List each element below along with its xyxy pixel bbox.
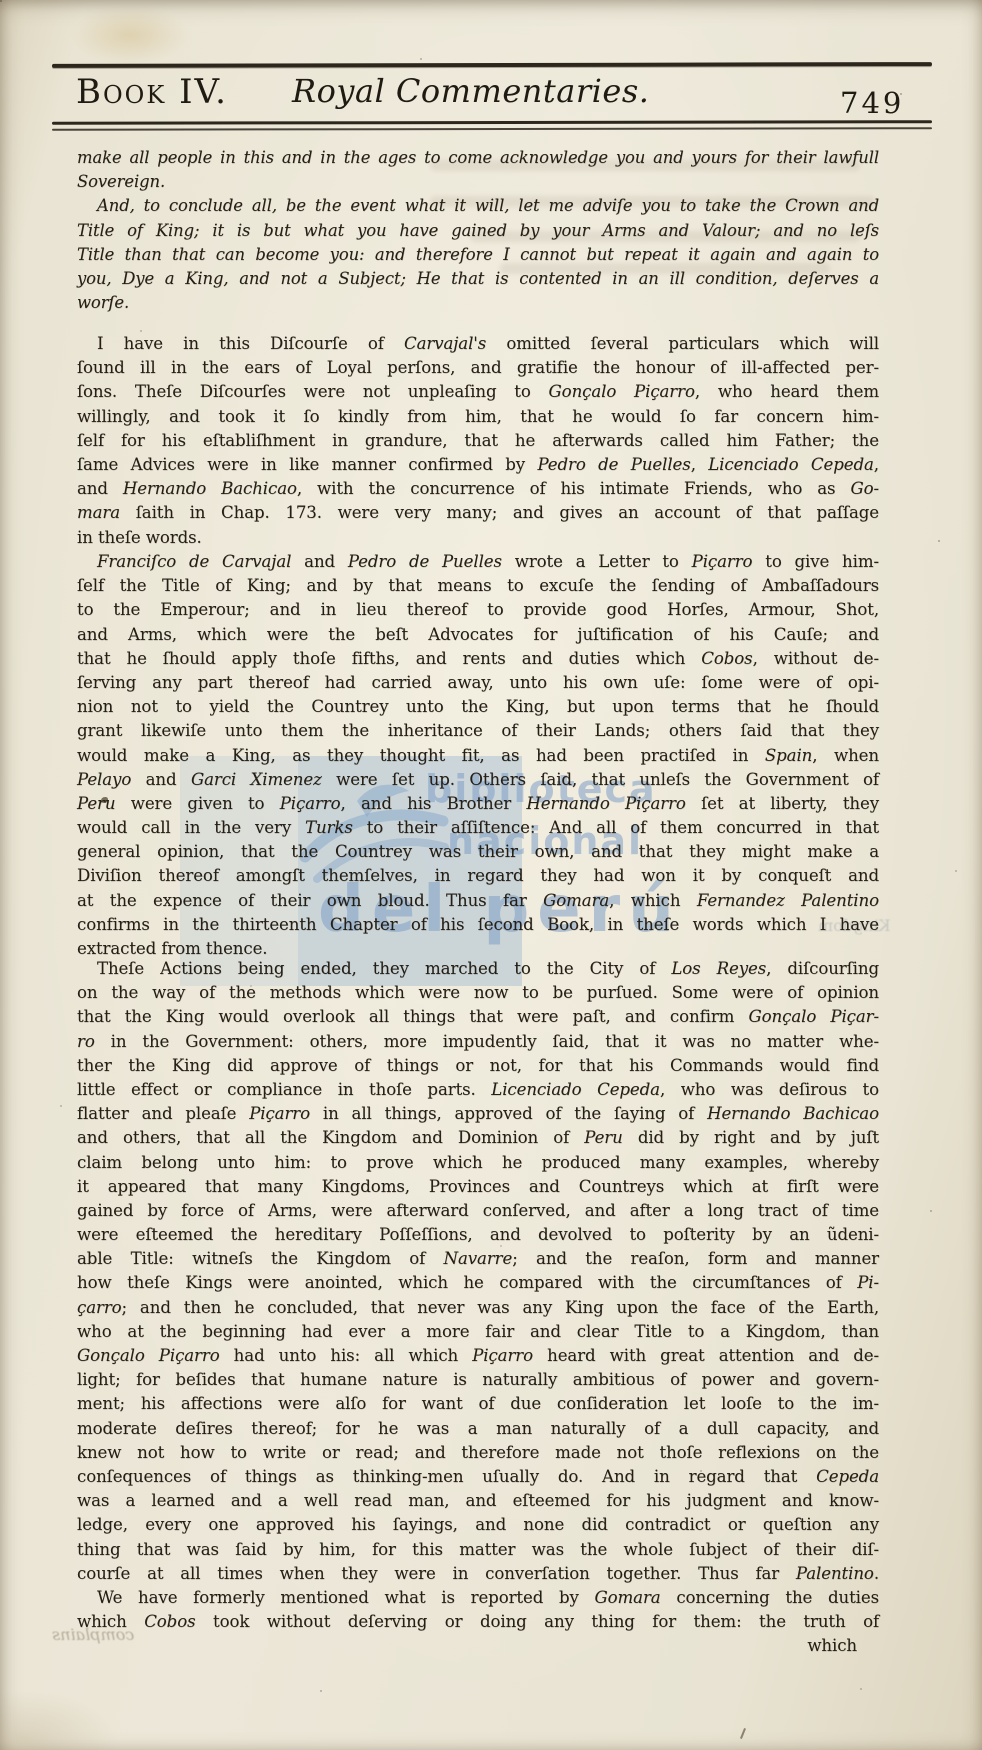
text-line: which Cobos took without deſerving or do… — [77, 1610, 879, 1634]
text-line: and others, that all the Kingdom and Dom… — [77, 1126, 879, 1150]
text-line: flatter and pleaſe Piçarro in all things… — [77, 1102, 879, 1126]
text-line: in theſe words. — [77, 526, 879, 550]
text-line: thing that was ſaid by him, for this mat… — [77, 1538, 879, 1562]
text-line: I have in this Diſcourſe of Carvajal's o… — [77, 332, 879, 356]
text-line: ſons. Theſe Diſcourſes were not unpleaſi… — [77, 380, 879, 404]
text-line: ſound ill in the ears of Loyal perſons, … — [77, 356, 879, 380]
opening-italic-paragraph: make all people in this and in the ages … — [77, 146, 879, 315]
book-label: Book IV. — [76, 72, 228, 112]
text-line: gained by force of Arms, were afterward … — [77, 1199, 879, 1223]
paper-stain — [70, 5, 190, 65]
text-line: would call in the very Turks to their aſ… — [77, 816, 879, 840]
text-line: Title than that can become you: and ther… — [77, 243, 879, 267]
text-line: Franciſco de Carvajal and Pedro de Puell… — [77, 550, 879, 574]
text-line: that he ſhould apply thoſe fifths, and r… — [77, 647, 879, 671]
text-line: Peru were given to Piçarro, and his Brot… — [77, 792, 879, 816]
text-line: would make a King, as they thought fit, … — [77, 744, 879, 768]
body-paragraph: Theſe Actions being ended, they marched … — [77, 957, 879, 1586]
text-line: at the expence of their own bloud. Thus … — [77, 889, 879, 913]
text-line: ſame Advices were in like manner confirm… — [77, 453, 879, 477]
text-line: who at the beginning had ever a more fai… — [77, 1320, 879, 1344]
text-line: knew not how to write or read; and there… — [77, 1441, 879, 1465]
body-paragraph: We have formerly mentioned what is repor… — [77, 1586, 879, 1659]
text-line: Pelayo and Garci Ximenez were ſet up. Ot… — [77, 768, 879, 792]
text-line: mara ſaith in Chap. 173. were very many;… — [77, 501, 879, 525]
text-line: courſe at all times when they were in co… — [77, 1562, 879, 1586]
book-page-scan: complains Kingdom biblioteca nacional de… — [0, 0, 982, 1750]
text-line: ther the King did approve of things or n… — [77, 1054, 879, 1078]
text-line: that the King would overlook all things … — [77, 1005, 879, 1029]
text-line: worſe. — [77, 291, 879, 315]
text-line: Theſe Actions being ended, they marched … — [77, 957, 879, 981]
text-line: Sovereign. — [77, 170, 879, 194]
text-line: and Arms, which were the beſt Advocates … — [77, 623, 879, 647]
paper-stain — [0, 1690, 120, 1750]
text-line: little effect or compliance in thoſe par… — [77, 1078, 879, 1102]
pen-mark — [740, 1728, 746, 1739]
text-line: conſequences of things as thinking-men u… — [77, 1465, 879, 1489]
text-line: which — [77, 1634, 879, 1658]
text-line: Title of King; it is but what you have g… — [77, 219, 879, 243]
text-line: was a learned and a well read man, and e… — [77, 1489, 879, 1513]
text-line: And, to conclude all, be the event what … — [77, 194, 879, 218]
text-line: on the way of the methods which were now… — [77, 981, 879, 1005]
text-line: çarro; and then he concluded, that never… — [77, 1296, 879, 1320]
text-line: ſerving any part thereof had carried awa… — [77, 671, 879, 695]
text-line: Diviſion thereof amongſt themſelves, in … — [77, 864, 879, 888]
text-line: ſelf for his eſtabliſhment in grandure, … — [77, 429, 879, 453]
text-line: general opinion, that the Countrey was t… — [77, 840, 879, 864]
text-line: ro in the Government: others, more impud… — [77, 1030, 879, 1054]
text-line: moderate deſires thereof; for he was a m… — [77, 1417, 879, 1441]
page-title: Royal Commentaries. — [292, 72, 649, 110]
text-line: claim belong unto him: to prove which he… — [77, 1151, 879, 1175]
text-line: able Title: witneſs the Kingdom of Navar… — [77, 1247, 879, 1271]
text-line: nion not to yield the Countrey unto the … — [77, 695, 879, 719]
text-line: willingly, and took it ſo kindly from hi… — [77, 405, 879, 429]
text-line: to the Emperour; and in lieu thereof to … — [77, 598, 879, 622]
text-line: confirms in the thirteenth Chapter of hi… — [77, 913, 879, 937]
text-line: were eſteemed the hereditary Poſſeſſions… — [77, 1223, 879, 1247]
text-line: it appeared that many Kingdoms, Province… — [77, 1175, 879, 1199]
text-line: light; for beſides that humane nature is… — [77, 1368, 879, 1392]
paper-specks — [0, 0, 2, 2]
text-line: grant likewiſe unto them the inheritance… — [77, 719, 879, 743]
text-line: and Hernando Bachicao, with the concurre… — [77, 477, 879, 501]
header-rule-top — [52, 62, 932, 68]
text-line: Gonçalo Piçarro had unto his: all which … — [77, 1344, 879, 1368]
header-rule-bottom-thin — [52, 127, 932, 131]
body-paragraph: Franciſco de Carvajal and Pedro de Puell… — [77, 550, 879, 961]
text-line: ſelf the Title of King; and by that mean… — [77, 574, 879, 598]
header-rule-bottom — [52, 120, 932, 125]
page-number: 749 — [840, 86, 904, 120]
text-line: make all people in this and in the ages … — [77, 146, 879, 170]
text-line: how theſe Kings were anointed, which he … — [77, 1271, 879, 1295]
text-line: ment; his affections were alſo for want … — [77, 1392, 879, 1416]
text-line: ledge, every one approved his ſayings, a… — [77, 1513, 879, 1537]
body-paragraph: I have in this Diſcourſe of Carvajal's o… — [77, 332, 879, 550]
text-line: We have formerly mentioned what is repor… — [77, 1586, 879, 1610]
text-line: you, Dye a King, and not a Subject; He t… — [77, 267, 879, 291]
